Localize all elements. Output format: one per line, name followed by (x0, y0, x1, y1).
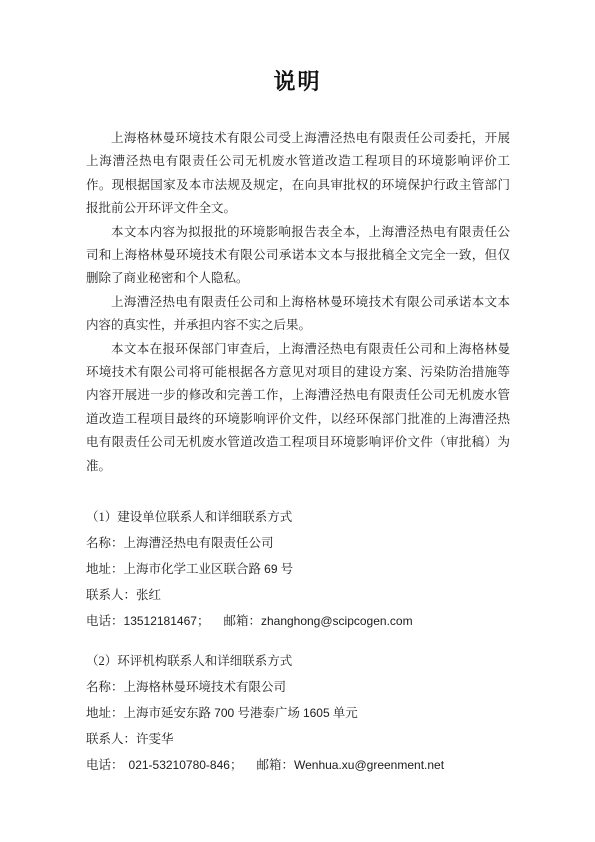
eia-agency-name-row: 名称：上海格林曼环境技术有限公司 (86, 674, 510, 700)
address-street-number: 69 (264, 562, 277, 576)
email-label: 邮箱： (223, 614, 261, 628)
paragraph-consistency: 本文本内容为拟报批的环境影响报告表全本，上海漕泾热电有限责任公司和上海格林曼环境… (86, 221, 510, 291)
address-street-number: 700 (214, 706, 234, 720)
construction-unit-section-heading: （1）建设单位联系人和详细联系方式 (86, 504, 510, 530)
paragraph-final-version: 本文本在报环保部门审查后，上海漕泾热电有限责任公司和上海格林曼环境技术有限公司将… (86, 338, 510, 478)
paragraph-authenticity: 上海漕泾热电有限责任公司和上海格林曼环境技术有限公司承诺本文本内容的真实性，并承… (86, 291, 510, 338)
contact-person-name: 张红 (136, 588, 161, 602)
phone-number: 13512181467 (124, 614, 197, 628)
email-label: 邮箱： (256, 758, 294, 772)
phone-separator: ； (230, 758, 243, 772)
email-address: zhanghong@scipcogen.com (261, 614, 413, 628)
address-suffix: 单元 (330, 706, 358, 720)
phone-label: 电话： (86, 614, 124, 628)
email-address: Wenhua.xu@greenment.net (294, 758, 444, 772)
paragraph-commission: 上海格林曼环境技术有限公司受上海漕泾热电有限责任公司委托，开展上海漕泾热电有限责… (86, 127, 510, 221)
construction-unit-contact-section: （1）建设单位联系人和详细联系方式 名称：上海漕泾热电有限责任公司 地址：上海市… (86, 504, 510, 634)
eia-agency-contact-person-row: 联系人：许雯华 (86, 726, 510, 752)
phone-separator: ； (197, 614, 210, 628)
document-page: 说明 上海格林曼环境技术有限公司受上海漕泾热电有限责任公司委托，开展上海漕泾热电… (0, 0, 595, 842)
name-label: 名称： (86, 536, 124, 550)
construction-unit-phone-email-row: 电话：13512181467；邮箱：zhanghong@scipcogen.co… (86, 608, 510, 634)
construction-unit-name-row: 名称：上海漕泾热电有限责任公司 (86, 530, 510, 556)
contact-person-label: 联系人： (86, 732, 136, 746)
address-text-mid: 号港泰广场 (234, 706, 303, 720)
address-label: 地址： (86, 706, 124, 720)
eia-agency-address-row: 地址：上海市延安东路 700 号港泰广场 1605 单元 (86, 700, 510, 726)
contact-person-name: 许雯华 (136, 732, 174, 746)
phone-label: 电话： (86, 758, 124, 772)
address-text: 上海市延安东路 (124, 706, 215, 720)
construction-unit-contact-person-row: 联系人：张红 (86, 582, 510, 608)
eia-agency-section-heading: （2）环评机构联系人和详细联系方式 (86, 648, 510, 674)
contact-person-label: 联系人： (86, 588, 136, 602)
eia-agency-contact-section: （2）环评机构联系人和详细联系方式 名称：上海格林曼环境技术有限公司 地址：上海… (86, 648, 510, 778)
document-body: 上海格林曼环境技术有限公司受上海漕泾热电有限责任公司委托，开展上海漕泾热电有限责… (86, 127, 510, 778)
address-label: 地址： (86, 562, 124, 576)
eia-agency-phone-email-row: 电话：021-53210780-846；邮箱：Wenhua.xu@greenme… (86, 752, 510, 778)
name-label: 名称： (86, 680, 124, 694)
address-unit-number: 1605 (303, 706, 330, 720)
company-name: 上海漕泾热电有限责任公司 (124, 536, 274, 550)
construction-unit-address-row: 地址：上海市化学工业区联合路 69 号 (86, 556, 510, 582)
address-text: 上海市化学工业区联合路 (124, 562, 265, 576)
address-suffix: 号 (278, 562, 294, 576)
phone-number: 021-53210780-846 (129, 758, 230, 772)
document-title: 说明 (0, 0, 595, 98)
company-name: 上海格林曼环境技术有限公司 (124, 680, 287, 694)
